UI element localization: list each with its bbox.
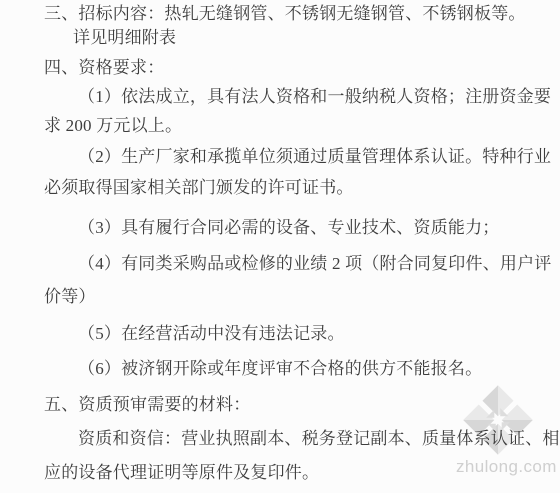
text-line: 五、资质预审需要的材料： bbox=[44, 394, 250, 415]
text-line: 求 200 万元以上。 bbox=[44, 115, 182, 136]
text-line: 应的设备代理证明等原件及复印件。 bbox=[44, 462, 319, 483]
text-line: 四、资格要求： bbox=[44, 57, 164, 78]
text-line: （5）在经营活动中没有违法记录。 bbox=[78, 323, 345, 344]
document-page: zhulong.com 三、招标内容：热轧无缝钢管、不锈钢无缝钢管、不锈钢板等。… bbox=[0, 0, 560, 493]
text-line: 资质和资信：营业执照副本、税务登记副本、质量体系认证、相 bbox=[78, 428, 560, 449]
text-line: 必须取得国家相关部门颁发的许可证书。 bbox=[44, 177, 354, 198]
text-line: 三、招标内容：热轧无缝钢管、不锈钢无缝钢管、不锈钢板等。 bbox=[44, 3, 526, 24]
document-body: 三、招标内容：热轧无缝钢管、不锈钢无缝钢管、不锈钢板等。详见明细附表四、资格要求… bbox=[0, 0, 560, 493]
text-line: （1）依法成立，具有法人资格和一般纳税人资格；注册资金要 bbox=[78, 86, 551, 107]
text-line: 价等） bbox=[44, 286, 96, 307]
text-line: （3）具有履行合同必需的设备、专业技术、资质能力； bbox=[78, 217, 500, 238]
text-line: （4）有同类采购品或检修的业绩 2 项（附合同复印件、用户评 bbox=[78, 253, 552, 274]
text-line: 详见明细附表 bbox=[73, 27, 176, 48]
text-line: （6）被济钢开除或年度评审不合格的供方不能报名。 bbox=[78, 358, 482, 379]
text-line: （2）生产厂家和承揽单位须通过质量管理体系认证。特种行业 bbox=[78, 146, 551, 167]
